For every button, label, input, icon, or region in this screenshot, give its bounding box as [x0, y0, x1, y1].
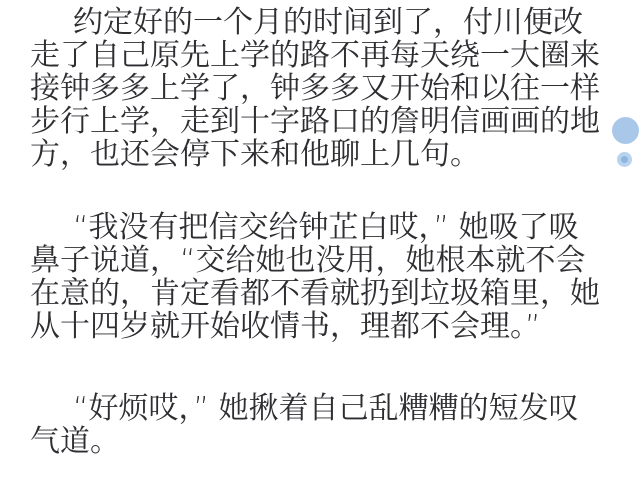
paragraph-3: “好烦哎，” 她揪着自己乱糟糟的短发叹气道。 — [30, 392, 608, 458]
reader-page: 约定好的一个月的时间到了，付川便改走了自己原先上学的路不再每天绕一大圈来接钟多多… — [0, 0, 640, 500]
paragraph-1: 约定好的一个月的时间到了，付川便改走了自己原先上学的路不再每天绕一大圈来接钟多多… — [30, 6, 608, 171]
bubble-decoration-small — [617, 152, 632, 167]
bubble-decoration-large — [612, 117, 639, 144]
bubble-decoration-small-center — [621, 156, 628, 163]
text-content: 约定好的一个月的时间到了，付川便改走了自己原先上学的路不再每天绕一大圈来接钟多多… — [30, 6, 608, 458]
paragraph-2: “我没有把信交给钟芷白哎，” 她吸了吸鼻子说道，“交给她也没用，她根本就不会在意… — [30, 211, 608, 343]
